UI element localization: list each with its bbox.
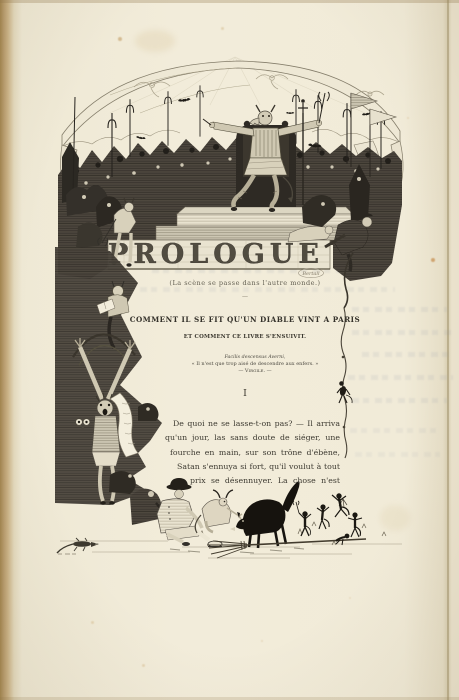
section-ornament: — [140, 293, 350, 300]
body-line: De quoi ne se lasse-t-on pas? — Il arriv… [173, 417, 340, 431]
pennant-flags [351, 93, 396, 177]
lizard [57, 538, 99, 553]
page-top-edge [0, 0, 459, 3]
bleedthrough-text-ghost [140, 287, 395, 292]
paper-stain [135, 30, 175, 52]
bleedthrough-text-ghost [352, 398, 447, 403]
carved-title: PROLOGUE [108, 239, 324, 270]
bleedthrough-text-ghost [348, 375, 453, 380]
chapter-numeral: I [140, 388, 350, 399]
bleedthrough-text-ghost [362, 352, 452, 357]
engraving-caption: (La scène se passe dans l'autre monde.) [120, 279, 370, 287]
platform-steps [108, 207, 364, 269]
body-line: Satan s'ennuya si fort, qu'il voulut à t… [177, 460, 340, 474]
epigraph-attribution: — Virgile. — [150, 368, 360, 375]
paper-stain [380, 505, 410, 531]
owl-face [76, 419, 90, 429]
book-page-photo: PROLOGUE [0, 0, 459, 700]
body-line: fourche en main, sur son trône d'ébène, [170, 446, 340, 460]
foxing-spot [59, 299, 62, 302]
page-right-edge [447, 0, 449, 700]
horned-imp [195, 490, 242, 533]
tent-curtain-right [354, 141, 390, 272]
bleedthrough-text-ghost [350, 428, 442, 433]
satan-on-throne [203, 92, 329, 212]
foxing-spot [142, 664, 145, 667]
foxing-spot [349, 597, 351, 599]
bats [136, 98, 373, 148]
foxing-spot [221, 27, 224, 30]
sky-glow-rays [110, 57, 365, 113]
bleedthrough-text-ghost [355, 452, 440, 457]
broom [207, 539, 366, 558]
flying-demon-sketches [134, 75, 384, 97]
body-line: qu'un jour, las sans doute de siéger, un… [165, 431, 340, 445]
body-line: prix se désennuyer. La chose n'est [190, 474, 340, 488]
foxing-spot [91, 621, 94, 624]
bleedthrough-text-ghost [152, 268, 357, 273]
foxing-spot [261, 640, 263, 642]
canopy-drapery [61, 61, 404, 201]
dancing-imps [293, 494, 362, 545]
epigraph: Facilis descensus Averni, « Il n'est que… [150, 354, 360, 376]
paper-stain [70, 190, 96, 230]
foxing-spot [118, 37, 122, 41]
banner-ribbon [110, 393, 138, 457]
ground-scene [57, 478, 402, 558]
epigraph-translation: « Il n'est que trop aisé de descendre au… [150, 361, 360, 368]
bleedthrough-text-ghost [352, 307, 447, 312]
foxing-spot [407, 117, 409, 119]
foxing-spot [366, 175, 369, 178]
chapter-heading: COMMENT IL SE FIT QU'UN DIABLE VINT A PA… [114, 315, 376, 324]
demon-crowd-mass [58, 97, 402, 281]
tridents [108, 85, 385, 177]
foxing-spot [431, 258, 435, 262]
body-text: De quoi ne se lasse-t-on pas? — Il arriv… [165, 417, 340, 489]
black-cat [230, 481, 300, 548]
chapter-subheading: ET COMMENT CE LIVRE S'ENSUIVIT. [114, 334, 376, 340]
